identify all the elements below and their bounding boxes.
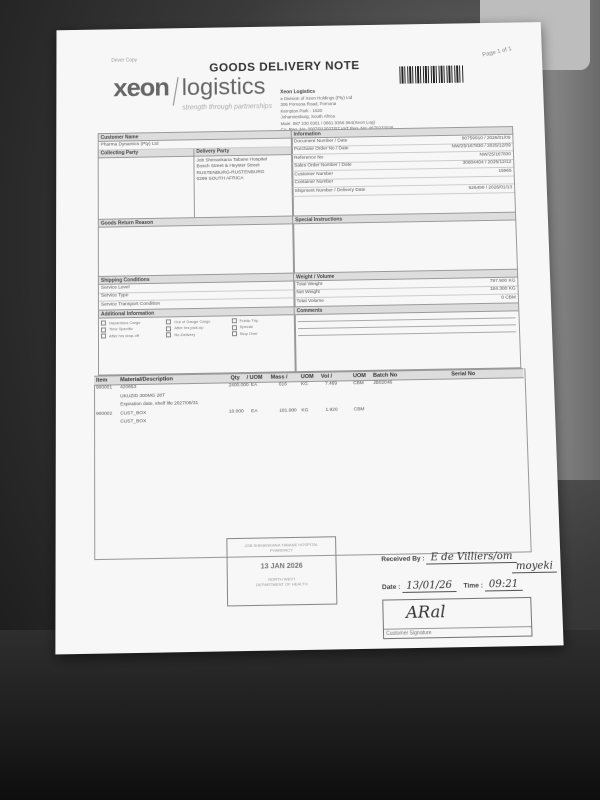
information-value: 15965 — [498, 168, 511, 175]
barcode-icon — [399, 65, 464, 83]
checkbox[interactable] — [166, 320, 171, 325]
additional-option-label: Special — [240, 324, 253, 329]
cell-qty: 10.000 — [229, 409, 244, 414]
cell-uom: EA — [251, 383, 258, 388]
checkbox[interactable] — [166, 326, 171, 331]
cell-material: UKUZID 300MG 28T — [120, 393, 165, 399]
weight-volume-label: Total Volume — [296, 298, 324, 305]
cell-uom: EA — [251, 409, 258, 414]
stamp-date: 13 JAN 2026 — [228, 562, 336, 571]
cell-vol-uom: CBM — [353, 381, 364, 386]
cell-material: 420653 — [120, 385, 136, 390]
information-label: Sales Order Number / Date — [294, 163, 351, 170]
delivery-party: Delivery Party Job Shimankana Tabane Hos… — [194, 147, 293, 217]
additional-option-label: After hrs drop-off — [109, 333, 139, 339]
checkbox[interactable] — [101, 321, 106, 326]
col-batch: Batch No — [373, 372, 397, 378]
shipping-label: Service Level — [101, 285, 130, 292]
additional-option-label: Stop Over — [240, 331, 258, 336]
additional-option[interactable]: Re-Delivery — [166, 331, 227, 337]
delivery-note-paper: Driver Copy GOODS DELIVERY NOTE Page 1 o… — [55, 22, 563, 654]
additional-option[interactable]: Public Trip — [232, 317, 293, 323]
time-value: 09:21 — [485, 578, 523, 591]
additional-option[interactable]: Special — [232, 324, 293, 330]
goods-return-section: Goods Return Reason — [98, 215, 295, 277]
col-material: Material/Description — [120, 376, 173, 383]
page-number: Page 1 of 1 — [482, 46, 513, 58]
shipping-label: Service Type — [101, 293, 129, 300]
information-label: Container Number — [294, 180, 333, 187]
additional-option[interactable]: Hazardous Cargo — [101, 320, 162, 326]
additional-info-section: Additional Information Hazardous CargoOu… — [98, 306, 297, 375]
information-value: NW/25/167830 / 2025/12/09 — [452, 144, 511, 151]
col-uom: / UOM — [247, 374, 263, 380]
customer-signature-box: ARal Customer Signature — [382, 597, 532, 639]
cell-mass-uom: KG — [301, 382, 308, 387]
time-label: Time : — [463, 582, 483, 590]
cell-item: 900002 — [96, 411, 112, 416]
date-value: 13/01/26 — [402, 580, 456, 593]
cell-batch: JB02046 — [373, 381, 392, 386]
received-by: Received By : E de Villiers/om moyeki — [381, 551, 517, 566]
weight-volume-value: 0 — [501, 295, 504, 300]
logo-xeon: xeon — [113, 72, 169, 102]
customer-name: Pharma Dynamics (Pty) Ltd — [101, 141, 159, 148]
collecting-party: Collecting Party — [99, 148, 195, 218]
stamp-line: DEPARTMENT OF HEALTH — [228, 581, 336, 588]
stamp-line: PHARMACY — [227, 547, 335, 554]
checkbox[interactable] — [101, 327, 106, 332]
information-value: 80759910 / 2026/01/09 — [462, 135, 511, 142]
additional-option-label: Re-Delivery — [174, 332, 195, 337]
information-value: 30804404 / 2025/12/12 — [463, 160, 512, 167]
company-address: Xeon Logistics a Division of Xeon Holdin… — [280, 88, 393, 134]
cell-material: CUST_BOX — [120, 419, 146, 425]
cell-vol: 1.920 — [325, 407, 337, 412]
special-instructions-section: Special Instructions — [292, 212, 518, 275]
company-line: Kempton Park - 1620 — [280, 108, 322, 114]
company-logo: xeonlogistics — [113, 71, 265, 107]
company-line: Main: 087 230 0301 / 0861 9366 564(Xeon … — [281, 119, 375, 125]
information-value: 526499 / 2026/01/13 — [469, 185, 513, 192]
information-label: Customer Number — [294, 171, 333, 178]
information-value: NW/25/167830 — [479, 152, 511, 159]
customer-section: Customer Name Pharma Dynamics (Pty) Ltd … — [98, 130, 294, 221]
weight-volume-unit: KG — [509, 287, 516, 292]
cell-item: 900001 — [96, 385, 112, 390]
additional-option[interactable]: After hrs drop-off — [101, 332, 162, 338]
cell-vol-uom: CBM — [354, 407, 365, 412]
additional-option-label: After hrs pick-up — [174, 325, 203, 330]
logo-tagline: strength through partnerships — [182, 103, 272, 111]
company-line: Johannesburg, South Africa — [281, 114, 335, 120]
col-item: Item — [96, 377, 107, 383]
cell-mass-uom: KG — [301, 408, 308, 413]
cell-material: CUST_BOX — [120, 411, 146, 417]
weight-volume-value: 797.900 — [490, 278, 507, 283]
comments-section: Comments — [294, 302, 522, 372]
checkbox[interactable] — [166, 333, 171, 338]
information-section: Information Document Number / Date807599… — [291, 126, 516, 217]
col-serial: Serial No — [451, 371, 475, 377]
cell-material: Expiration date, shelf life 2027/08/31 — [120, 401, 198, 407]
weight-volume-unit: CBM — [505, 295, 516, 300]
special-instructions-header: Special Instructions — [293, 213, 515, 225]
copy-label: Driver Copy — [111, 58, 137, 64]
additional-option-label: Time Specific — [109, 326, 133, 331]
shipping-label: Service Transport Condition — [101, 301, 160, 308]
checkbox[interactable] — [101, 334, 106, 339]
hospital-stamp: JOB SHIMANKANA TABANE HOSPITAL PHARMACY … — [226, 536, 337, 606]
additional-option-label: Hazardous Cargo — [109, 320, 140, 326]
received-by-note: moyeki — [512, 560, 558, 573]
cell-qty: 2400.000 — [229, 383, 249, 388]
additional-option-label: Out of Gauge Cargo — [174, 319, 210, 325]
additional-option[interactable]: Stop Over — [232, 330, 293, 336]
car-floor — [0, 630, 600, 800]
date-label: Date : — [382, 584, 401, 592]
cell-mass: 181.900 — [279, 408, 297, 413]
additional-option[interactable]: After hrs pick-up — [166, 325, 227, 331]
additional-option[interactable]: Out of Gauge Cargo — [166, 318, 227, 324]
weight-volume-unit: KG — [508, 278, 515, 283]
cell-mass: 616 — [279, 382, 287, 387]
weight-volume-label: Total Weight — [296, 281, 322, 288]
additional-option-label: Public Trip — [239, 318, 258, 323]
weight-volume-label: Net Weight — [296, 290, 320, 297]
customer-signature: ARal — [406, 602, 446, 622]
additional-option[interactable]: Time Specific — [101, 326, 162, 332]
col-qty: Qty — [231, 375, 240, 381]
information-label: Purchase Order No / Date — [294, 146, 349, 153]
collecting-party-header: Collecting Party — [99, 148, 194, 157]
company-line: 306 Pomona Road, Pomona — [280, 101, 336, 107]
logo-divider — [172, 77, 178, 106]
information-label: Reference No — [294, 155, 323, 162]
company-line: a Division of Xeon Holdings (Pty) Ltd — [280, 95, 352, 101]
logo-logistics: logistics — [182, 74, 266, 101]
customer-signature-label: Customer Signature — [384, 626, 532, 638]
goods-return-header: Goods Return Reason — [99, 216, 293, 227]
received-by-value: E de Villiers/om — [426, 551, 516, 565]
col-mass: Mass / — [271, 374, 288, 380]
delivery-line: 0299 SOUTH AFRICA — [197, 175, 291, 183]
cell-vol: 7.469 — [325, 382, 337, 387]
col-mass-uom: UOM — [301, 373, 314, 379]
weight-volume-value: 184.300 — [490, 287, 507, 292]
information-label: Document Number / Date — [294, 138, 348, 145]
checkbox[interactable] — [232, 319, 237, 324]
col-vol: Vol / — [321, 373, 332, 379]
received-by-label: Received By : — [381, 555, 425, 563]
receipt-datetime: Date : 13/01/26 Time : 09:21 — [382, 578, 523, 593]
information-label: Shipment Number / Delivery Date — [295, 187, 366, 195]
checkbox[interactable] — [232, 325, 237, 330]
items-table-body: 9000014206532400.000EA616KG7.469CBMJB020… — [94, 378, 525, 428]
checkbox[interactable] — [232, 331, 237, 336]
col-vol-uom: UOM — [353, 372, 366, 378]
